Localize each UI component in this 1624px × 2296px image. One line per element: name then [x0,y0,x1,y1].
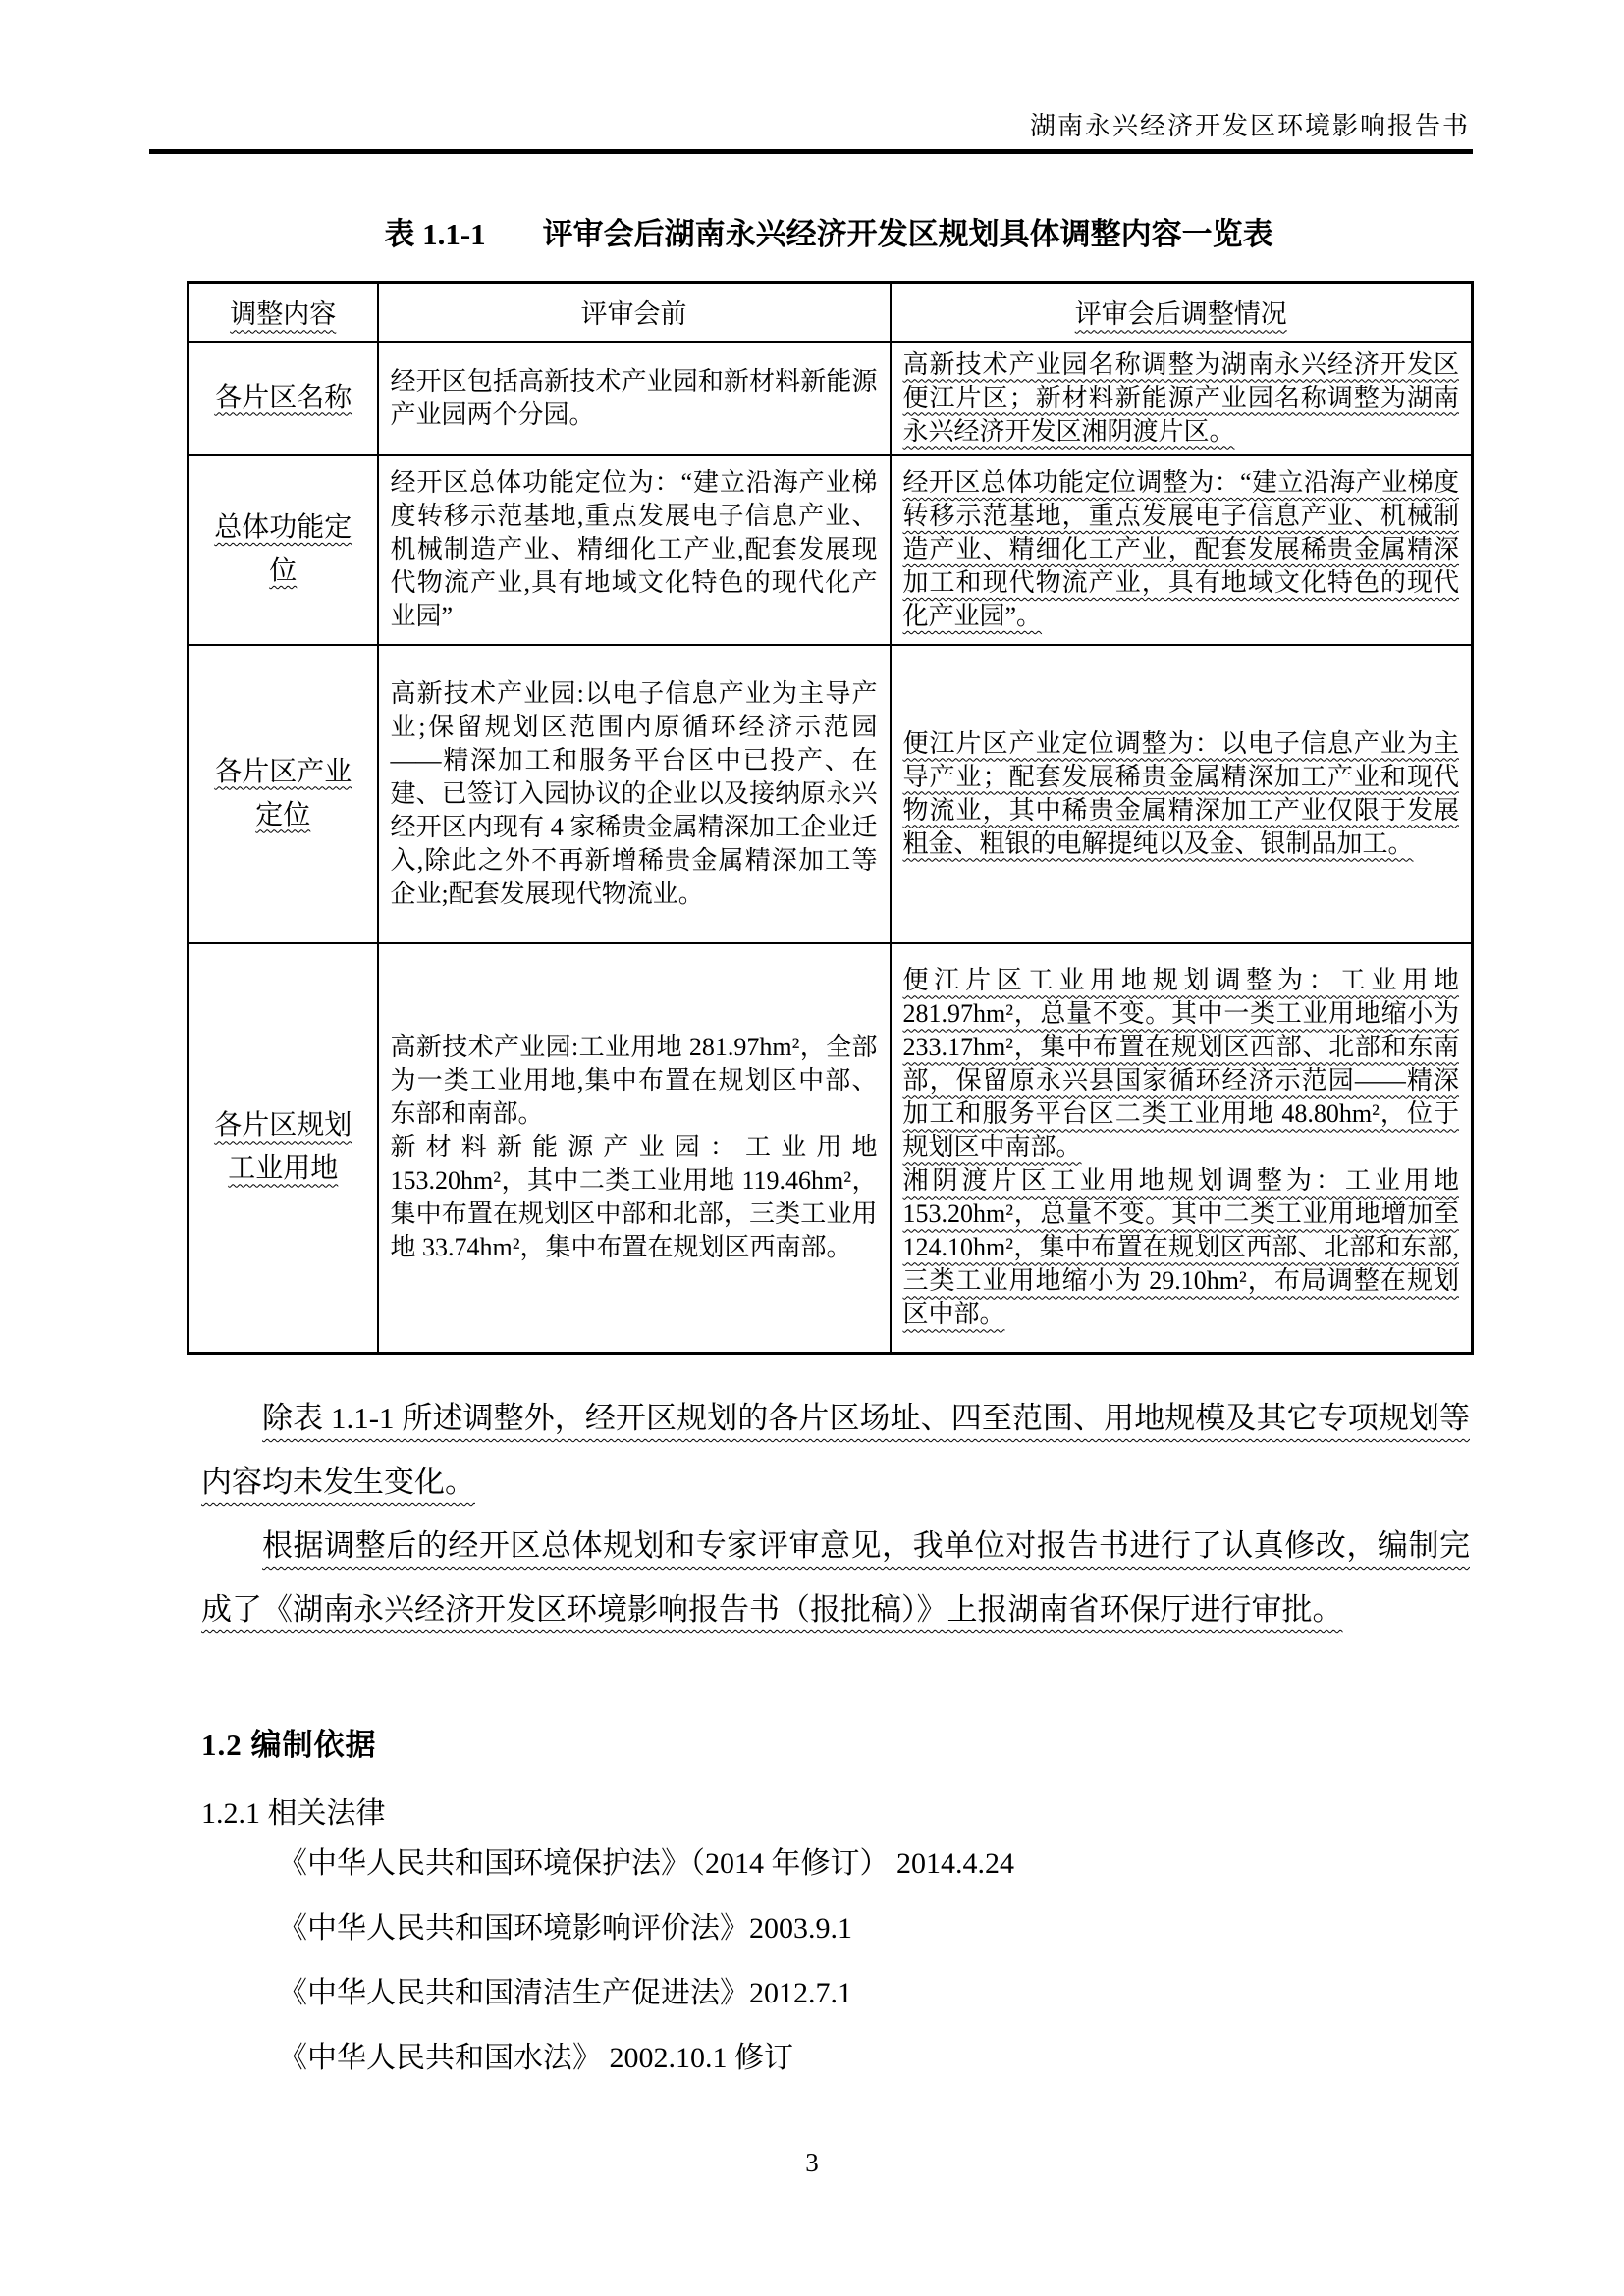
row-label: 各片区名称 [189,342,378,455]
table-caption-title: 评审会后湖南永兴经济开发区规划具体调整内容一览表 [543,217,1273,251]
cell-paragraph: 湘阴渡片区工业用地规划调整为：工业用地 153.20hm²，总量不变。其中二类工… [903,1164,1460,1331]
table-caption-number: 表 1.1-1 [384,217,485,251]
law-item-cleaner-production: 《中华人民共和国清洁生产促进法》2012.7.1 [201,1961,1470,2026]
document-page: 湖南永兴经济开发区环境影响报告书 表 1.1-1评审会后湖南永兴经济开发区规划具… [0,0,1624,2296]
cell-before-review: 经开区包括高新技术产业园和新材料新能源产业园两个分园。 [378,342,891,455]
cell-paragraph: 经开区总体功能定位为：“建立沿海产业梯度转移示范基地,重点发展电子信息产业、机械… [391,466,878,633]
table-row-industry-positioning: 各片区产业定位 高新技术产业园:以电子信息产业为主导产业;保留规划区范围内原循环… [189,645,1473,943]
column-header-before-review: 评审会前 [378,283,891,342]
section-heading-1-2: 1.2 编制依据 [201,1720,377,1764]
cell-before-review: 经开区总体功能定位为：“建立沿海产业梯度转移示范基地,重点发展电子信息产业、机械… [378,455,891,645]
cell-paragraph: 高新技术产业园名称调整为湖南永兴经济开发区便江片区；新材料新能源产业园名称调整为… [903,348,1460,449]
header-rule [149,149,1473,154]
cell-paragraph: 经开区包括高新技术产业园和新材料新能源产业园两个分园。 [391,365,878,432]
column-header-after-review: 评审会后调整情况 [891,283,1473,342]
table-row-industrial-land: 各片区规划工业用地 高新技术产业园:工业用地 281.97hm²，全部为一类工业… [189,943,1473,1354]
table-header-row: 调整内容 评审会前 评审会后调整情况 [189,283,1473,342]
table-row-area-names: 各片区名称 经开区包括高新技术产业园和新材料新能源产业园两个分园。 高新技术产业… [189,342,1473,455]
law-item-eia: 《中华人民共和国环境影响评价法》2003.9.1 [201,1896,1470,1961]
table-row-overall-function: 总体功能定位 经开区总体功能定位为：“建立沿海产业梯度转移示范基地,重点发展电子… [189,455,1473,645]
cell-paragraph: 便江片区产业定位调整为：以电子信息产业为主导产业；配套发展稀贵金属精深加工产业和… [903,727,1460,861]
cell-before-review: 高新技术产业园:以电子信息产业为主导产业;保留规划区范围内原循环经济示范园——精… [378,645,891,943]
body-paragraphs: 除表 1.1-1 所述调整外，经开区规划的各片区场址、四至范围、用地规模及其它专… [201,1386,1470,1641]
paragraph-report-revision: 根据调整后的经开区总体规划和专家评审意见，我单位对报告书进行了认真修改，编制完成… [201,1514,1470,1641]
law-list: 《中华人民共和国环境保护法》（2014 年修订） 2014.4.24 《中华人民… [201,1832,1470,2091]
row-label: 各片区产业定位 [189,645,378,943]
row-label: 各片区规划工业用地 [189,943,378,1354]
law-item-environmental-protection: 《中华人民共和国环境保护法》（2014 年修订） 2014.4.24 [201,1832,1470,1896]
cell-paragraph: 便江片区工业用地规划调整为：工业用地 281.97hm²，总量不变。其中一类工业… [903,964,1460,1164]
cell-after-review: 高新技术产业园名称调整为湖南永兴经济开发区便江片区；新材料新能源产业园名称调整为… [891,342,1473,455]
cell-paragraph: 经开区总体功能定位调整为：“建立沿海产业梯度转移示范基地，重点发展电子信息产业、… [903,466,1460,633]
table-caption: 表 1.1-1评审会后湖南永兴经济开发区规划具体调整内容一览表 [187,209,1471,253]
row-label: 总体功能定位 [189,455,378,645]
cell-before-review: 高新技术产业园:工业用地 281.97hm²，全部为一类工业用地,集中布置在规划… [378,943,891,1354]
paragraph-no-other-changes: 除表 1.1-1 所述调整外，经开区规划的各片区场址、四至范围、用地规模及其它专… [201,1386,1470,1514]
adjustment-table: 调整内容 评审会前 评审会后调整情况 各片区名称 经开区包括高新技术产业园和新材… [187,281,1474,1355]
running-header: 湖南永兴经济开发区环境影响报告书 [149,106,1470,142]
cell-paragraph: 高新技术产业园:以电子信息产业为主导产业;保留规划区范围内原循环经济示范园——精… [391,677,878,911]
cell-after-review: 便江片区工业用地规划调整为：工业用地 281.97hm²，总量不变。其中一类工业… [891,943,1473,1354]
cell-paragraph: 新材料新能源产业园：工业用地 153.20hm²，其中二类工业用地 119.46… [391,1131,878,1264]
section-subheading-1-2-1: 1.2.1 相关法律 [201,1789,386,1832]
cell-after-review: 便江片区产业定位调整为：以电子信息产业为主导产业；配套发展稀贵金属精深加工产业和… [891,645,1473,943]
law-item-water: 《中华人民共和国水法》 2002.10.1 修订 [201,2026,1470,2091]
cell-paragraph: 高新技术产业园:工业用地 281.97hm²，全部为一类工业用地,集中布置在规划… [391,1031,878,1131]
page-number: 3 [0,2148,1624,2178]
cell-after-review: 经开区总体功能定位调整为：“建立沿海产业梯度转移示范基地，重点发展电子信息产业、… [891,455,1473,645]
column-header-adjust-content: 调整内容 [189,283,378,342]
